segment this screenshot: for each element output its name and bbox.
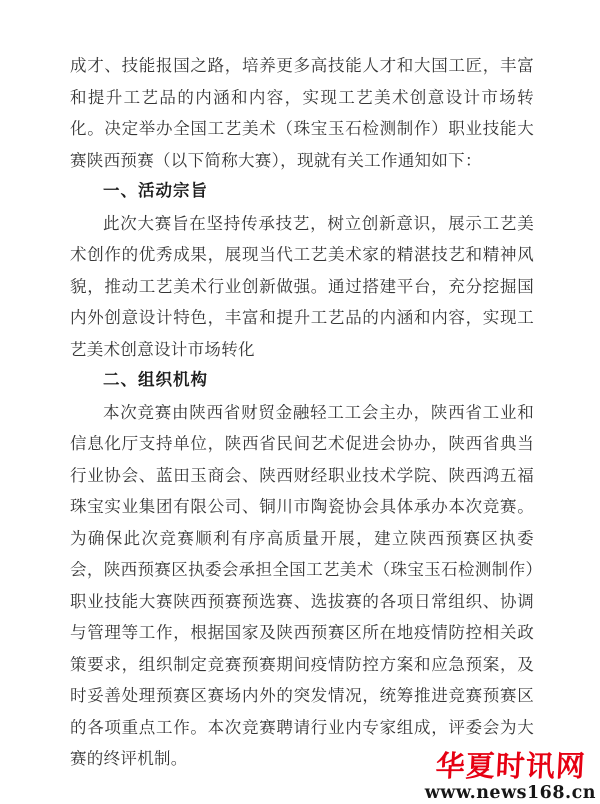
section-heading-activity-purpose: 一、活动宗旨	[70, 176, 534, 208]
document-body: 成才、技能报国之路，培养更多高技能人才和大国工匠，丰富和提升工艺品的内涵和内容，…	[70, 50, 534, 775]
document-page: 成才、技能报国之路，培养更多高技能人才和大国工匠，丰富和提升工艺品的内涵和内容，…	[0, 0, 600, 804]
site-logo-text: 华夏时讯网	[424, 753, 597, 782]
site-url-text: www.news168.cn	[425, 785, 596, 803]
section-heading-organization: 二、组织机构	[70, 365, 534, 397]
paragraph-activity-purpose: 此次大赛旨在坚持传承技艺，树立创新意识，展示工艺美术创作的优秀成果，展现当代工艺…	[70, 208, 534, 366]
paragraph-organization: 本次竞赛由陕西省财贸金融轻工工会主办，陕西省工业和信息化厅支持单位，陕西省民间艺…	[70, 397, 534, 775]
site-watermark: 华夏时讯网 www.news168.cn	[425, 753, 596, 803]
paragraph-intro: 成才、技能报国之路，培养更多高技能人才和大国工匠，丰富和提升工艺品的内涵和内容，…	[70, 50, 534, 176]
